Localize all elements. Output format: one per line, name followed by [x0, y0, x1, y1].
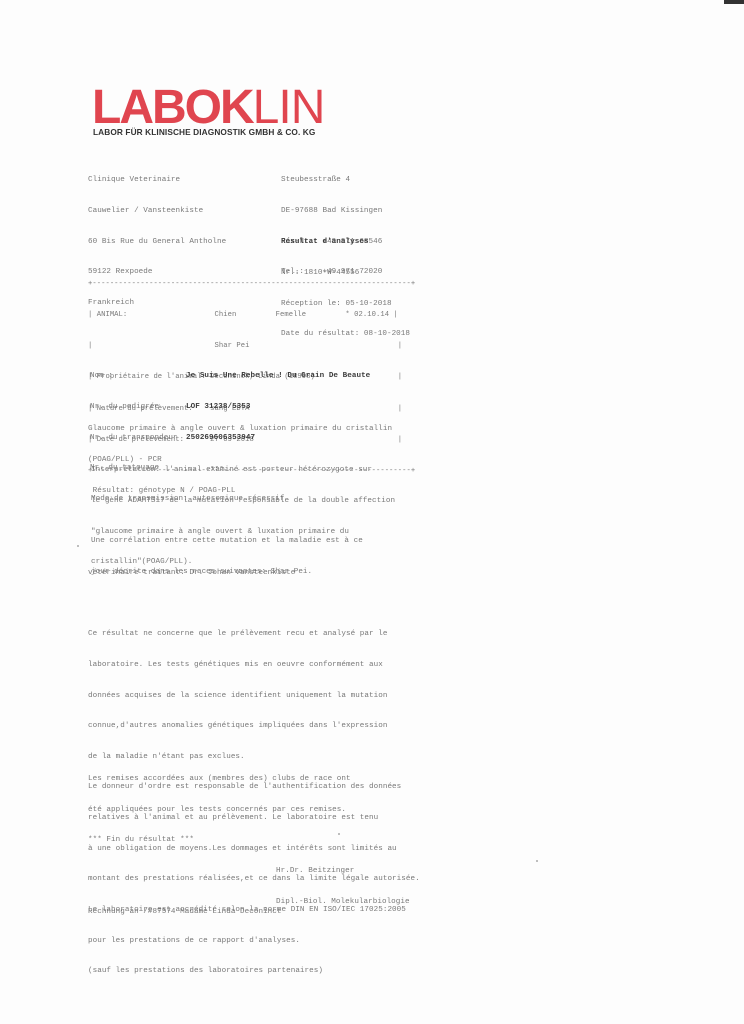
address-line: Cauwelier / Vansteenkiste [88, 206, 226, 216]
transmission-mode: Mode de transmission: autosomique récess… [91, 494, 285, 504]
signatory-title: Dipl.-Biol. Molekularbiologie [276, 897, 410, 907]
signature-block: Hr.Dr. Beitzinger Dipl.-Biol. Molekularb… [276, 846, 410, 917]
disclaimer-line: Ce résultat ne concerne que le prélèveme… [88, 629, 420, 639]
treating-vet: vétérinaire traitant: Dr. Johan Vansteen… [88, 568, 295, 578]
address-line: Steubesstraße 4 [281, 175, 382, 185]
identity-value: Je Suis Une Rebelle ! Du Grain De Beaute [186, 372, 370, 380]
discount-line: Les remises accordées aux (membres des) … [88, 774, 351, 784]
discount-line: été appliquées pour les tests concernés … [88, 805, 351, 815]
disclaimer-line: (sauf les prestations des laboratoires p… [88, 966, 420, 976]
disclaimer-line: pour les prestations de ce rapport d'ana… [88, 936, 420, 946]
scan-speck [338, 833, 340, 835]
correlation-line: Une corrélation entre cette mutation et … [91, 536, 363, 546]
disclaimer-line: données acquises de la science identifie… [88, 691, 420, 701]
discount-block: Les remises accordées aux (membres des) … [88, 754, 351, 825]
disclaimer-line: connue,d'autres anomalies génétiques imp… [88, 721, 420, 731]
result-title: Résultat d'analyses [281, 237, 410, 247]
test-line: Glaucome primaire à angle ouvert & luxat… [88, 424, 392, 434]
end-of-result: *** Fin du résultat *** [88, 835, 194, 845]
interpretation-line: Interprétation: l'animal examiné est por… [91, 465, 395, 475]
invoice-line: Rechnung an /#87574 Madame Linda Deconin… [88, 907, 282, 917]
logo-subtitle: LABOR FÜR KLINISCHE DIAGNOSTIK GMBH & CO… [93, 127, 315, 137]
box-border: +---------------------------------------… [88, 279, 415, 289]
scan-speck [536, 860, 538, 862]
laboklin-logo: LABOKLIN [92, 84, 324, 132]
address-line: Clinique Veterinaire [88, 175, 226, 185]
address-line: 60 Bis Rue du General Antholne [88, 237, 226, 247]
address-line: DE-97688 Bad Kissingen [281, 206, 382, 216]
scan-speck [77, 545, 79, 547]
identity-label: Nom : [90, 371, 186, 381]
signatory-name: Hr.Dr. Beitzinger [276, 866, 410, 876]
scan-edge-mark [724, 0, 744, 4]
identity-row: Nom :Je Suis Une Rebelle ! Du Grain De B… [90, 371, 370, 381]
animal-row: | ANIMAL: Chien Femelle * 02.10.14 | [88, 310, 415, 320]
disclaimer-line: laboratoire. Les tests génétiques mis en… [88, 660, 420, 670]
